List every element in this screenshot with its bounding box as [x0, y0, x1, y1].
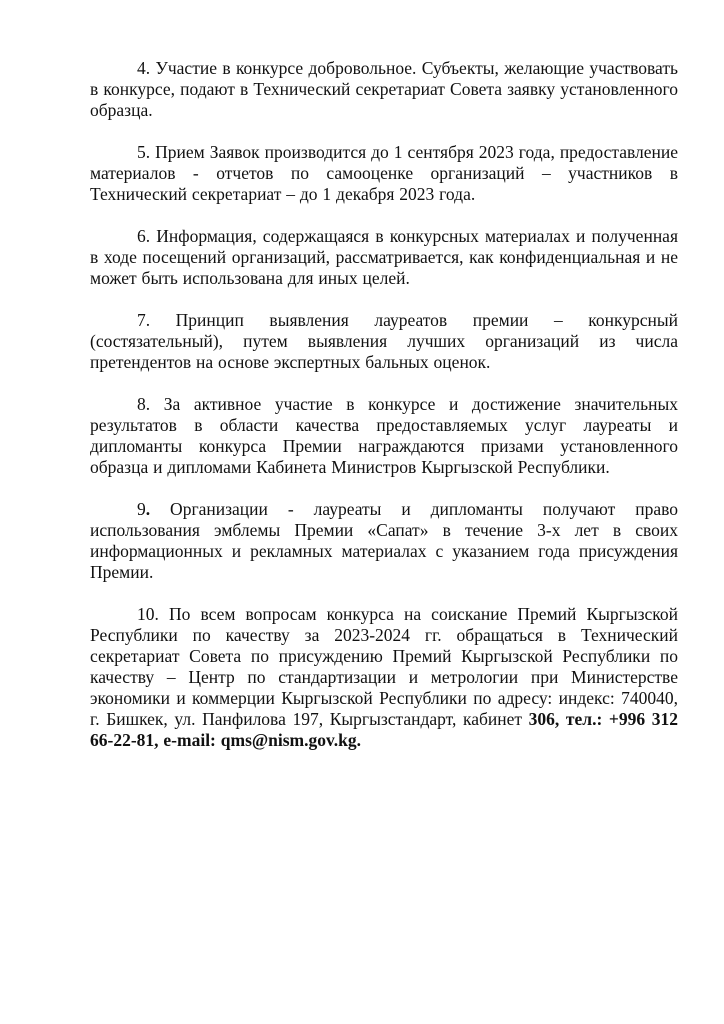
text-run: 5. Прием Заявок производится до 1 сентяб… [90, 142, 678, 204]
text-run: 4. Участие в конкурсе добровольное. Субъ… [90, 58, 678, 120]
paragraph-4: 7. Принцип выявления лауреатов премии – … [90, 310, 678, 373]
text-run: 8. За активное участие в конкурсе и дост… [90, 394, 678, 477]
paragraph-1: 4. Участие в конкурсе добровольное. Субъ… [90, 58, 678, 121]
text-run: 9 [137, 499, 146, 519]
text-run: 6. Информация, содержащаяся в конкурсных… [90, 226, 678, 288]
document-body: 4. Участие в конкурсе добровольное. Субъ… [90, 58, 678, 751]
paragraph-5: 8. За активное участие в конкурсе и дост… [90, 394, 678, 478]
paragraph-2: 5. Прием Заявок производится до 1 сентяб… [90, 142, 678, 205]
document-page: 4. Участие в конкурсе добровольное. Субъ… [0, 0, 724, 1024]
paragraph-3: 6. Информация, содержащаяся в конкурсных… [90, 226, 678, 289]
paragraph-7: 10. По всем вопросам конкурса на соискан… [90, 604, 678, 751]
text-run: Организации - лауреаты и дипломанты полу… [90, 499, 678, 582]
text-run: 7. Принцип выявления лауреатов премии – … [90, 310, 678, 372]
paragraph-6: 9. Организации - лауреаты и дипломанты п… [90, 499, 678, 583]
